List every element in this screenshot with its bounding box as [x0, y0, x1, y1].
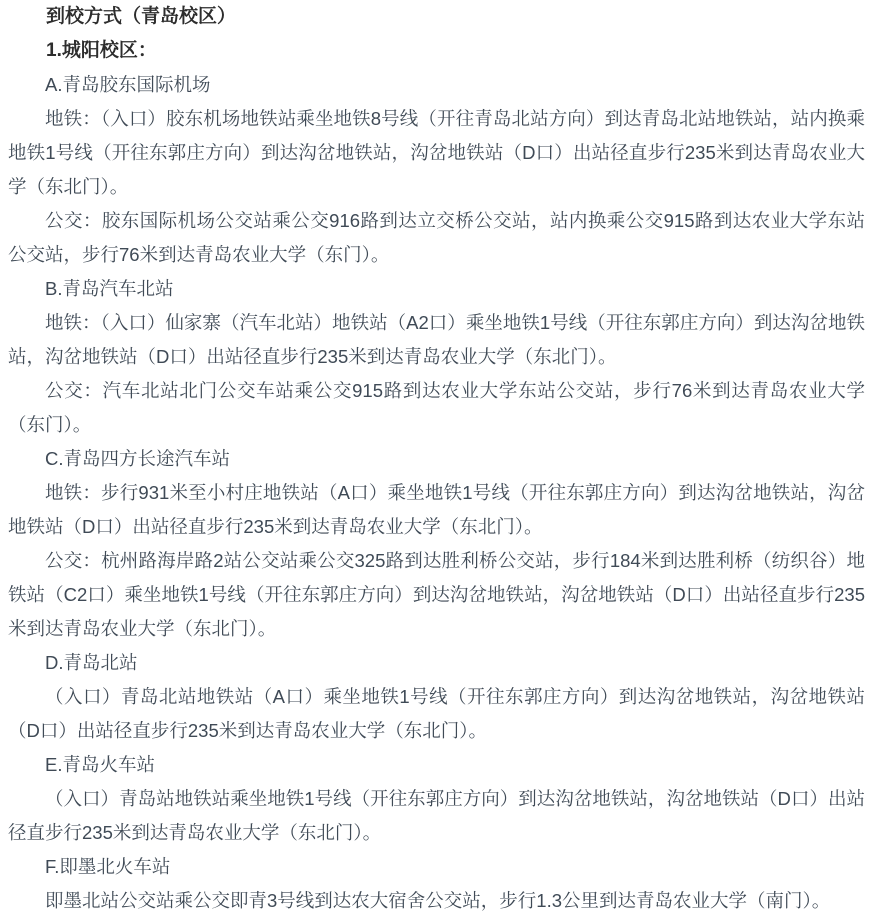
station-d-route: （入口）青岛北站地铁站（A口）乘坐地铁1号线（开往东郭庄方向）到达沟岔地铁站，沟…: [8, 680, 865, 748]
doc-title: 到校方式（青岛校区）: [8, 0, 865, 34]
station-f-heading: F.即墨北火车站: [8, 850, 865, 884]
station-f-route: 即墨北站公交站乘公交即青3号线到达农大宿舍公交站，步行1.3公里到达青岛农业大学…: [8, 884, 865, 918]
station-c-metro-route: 地铁：步行931米至小村庄地铁站（A口）乘坐地铁1号线（开往东郭庄方向）到达沟岔…: [8, 476, 865, 544]
campus-section-heading: 1.城阳校区：: [8, 34, 865, 68]
article-body: 到校方式（青岛校区） 1.城阳校区： A.青岛胶东国际机场 地铁：（入口）胶东机…: [0, 0, 873, 918]
station-d-heading: D.青岛北站: [8, 646, 865, 680]
station-a-bus-route: 公交：胶东国际机场公交站乘公交916路到达立交桥公交站，站内换乘公交915路到达…: [8, 204, 865, 272]
station-c-bus-route: 公交：杭州路海岸路2站公交站乘公交325路到达胜利桥公交站，步行184米到达胜利…: [8, 544, 865, 646]
station-e-heading: E.青岛火车站: [8, 748, 865, 782]
station-b-heading: B.青岛汽车北站: [8, 272, 865, 306]
station-a-heading: A.青岛胶东国际机场: [8, 68, 865, 102]
station-b-metro-route: 地铁：（入口）仙家寨（汽车北站）地铁站（A2口）乘坐地铁1号线（开往东郭庄方向）…: [8, 306, 865, 374]
station-e-route: （入口）青岛站地铁站乘坐地铁1号线（开往东郭庄方向）到达沟岔地铁站，沟岔地铁站（…: [8, 782, 865, 850]
station-c-heading: C.青岛四方长途汽车站: [8, 442, 865, 476]
station-a-metro-route: 地铁：（入口）胶东机场地铁站乘坐地铁8号线（开往青岛北站方向）到达青岛北站地铁站…: [8, 102, 865, 204]
station-b-bus-route: 公交：汽车北站北门公交车站乘公交915路到达农业大学东站公交站，步行76米到达青…: [8, 374, 865, 442]
